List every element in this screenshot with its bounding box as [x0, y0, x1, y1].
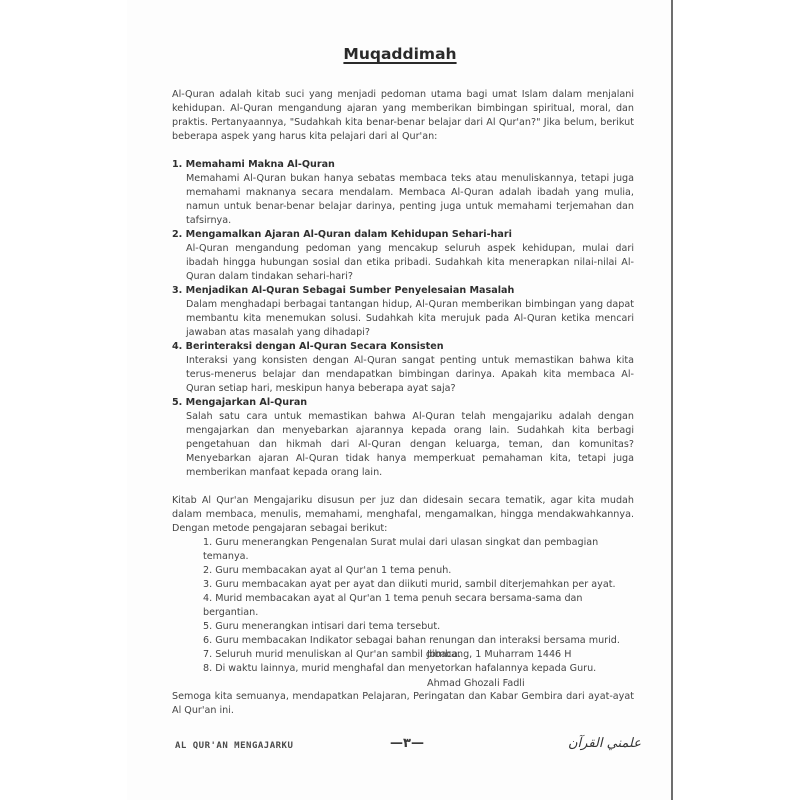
aspect-item: 2. Mengamalkan Ajaran Al-Quran dalam Keh… — [172, 228, 634, 284]
signature-place-date: Jombang, 1 Muharram 1446 H — [427, 648, 571, 662]
aspect-item: 4. Berinteraksi dengan Al-Quran Secara K… — [172, 340, 634, 396]
signature-name: Ahmad Ghozali Fadli — [427, 677, 571, 691]
outer-margin-left — [0, 0, 127, 800]
method-item: 5. Guru menerangkan intisari dari tema t… — [203, 620, 634, 634]
method-item: 4. Murid membacakan ayat al Qur'an 1 tem… — [203, 592, 634, 620]
aspect-body: Interaksi yang konsisten dengan Al-Quran… — [186, 354, 634, 396]
method-intro-paragraph: Kitab Al Qur'an Mengajariku disusun per … — [172, 494, 634, 536]
method-item: 2. Guru membacakan ayat al Qur'an 1 tema… — [203, 564, 634, 578]
spacer — [172, 480, 634, 494]
aspect-item: 3. Menjadikan Al-Quran Sebagai Sumber Pe… — [172, 284, 634, 340]
aspect-item: 5. Mengajarkan Al-Quran Salah satu cara … — [172, 396, 634, 480]
intro-paragraph: Al-Quran adalah kitab suci yang menjadi … — [172, 88, 634, 144]
aspect-body: Dalam menghadapi berbagai tantangan hidu… — [186, 298, 634, 340]
signature-block: Jombang, 1 Muharram 1446 H Ahmad Ghozali… — [427, 648, 571, 691]
footer-book-title: AL QUR'AN MENGAJARKU — [175, 741, 293, 751]
aspect-heading: 1. Memahami Makna Al-Quran — [172, 158, 634, 172]
aspect-heading: 3. Menjadikan Al-Quran Sebagai Sumber Pe… — [172, 284, 634, 298]
closing-paragraph: Semoga kita semuanya, mendapatkan Pelaja… — [172, 690, 634, 718]
aspect-heading: 5. Mengajarkan Al-Quran — [172, 396, 634, 410]
aspect-heading: 2. Mengamalkan Ajaran Al-Quran dalam Keh… — [172, 228, 634, 242]
aspect-body: Al-Quran mengandung pedoman yang mencaku… — [186, 242, 634, 284]
aspect-item: 1. Memahami Makna Al-Quran Memahami Al-Q… — [172, 158, 634, 228]
aspect-heading: 4. Berinteraksi dengan Al-Quran Secara K… — [172, 340, 634, 354]
aspect-body: Memahami Al-Quran bukan hanya sebatas me… — [186, 172, 634, 228]
aspect-list: 1. Memahami Makna Al-Quran Memahami Al-Q… — [172, 158, 634, 480]
method-item: 1. Guru menerangkan Pengenalan Surat mul… — [203, 536, 634, 564]
outer-margin-right — [673, 0, 800, 800]
method-item: 3. Guru membacakan ayat per ayat dan dii… — [203, 578, 634, 592]
page-title: Muqaddimah — [0, 45, 800, 63]
aspect-body: Salah satu cara untuk memastikan bahwa A… — [186, 410, 634, 480]
method-item: 6. Guru membacakan Indikator sebagai bah… — [203, 634, 634, 648]
document-body: Al-Quran adalah kitab suci yang menjadi … — [172, 88, 634, 718]
footer-arabic-logo: علمني القرآن — [568, 736, 641, 751]
page-number: —٣— — [382, 736, 432, 751]
